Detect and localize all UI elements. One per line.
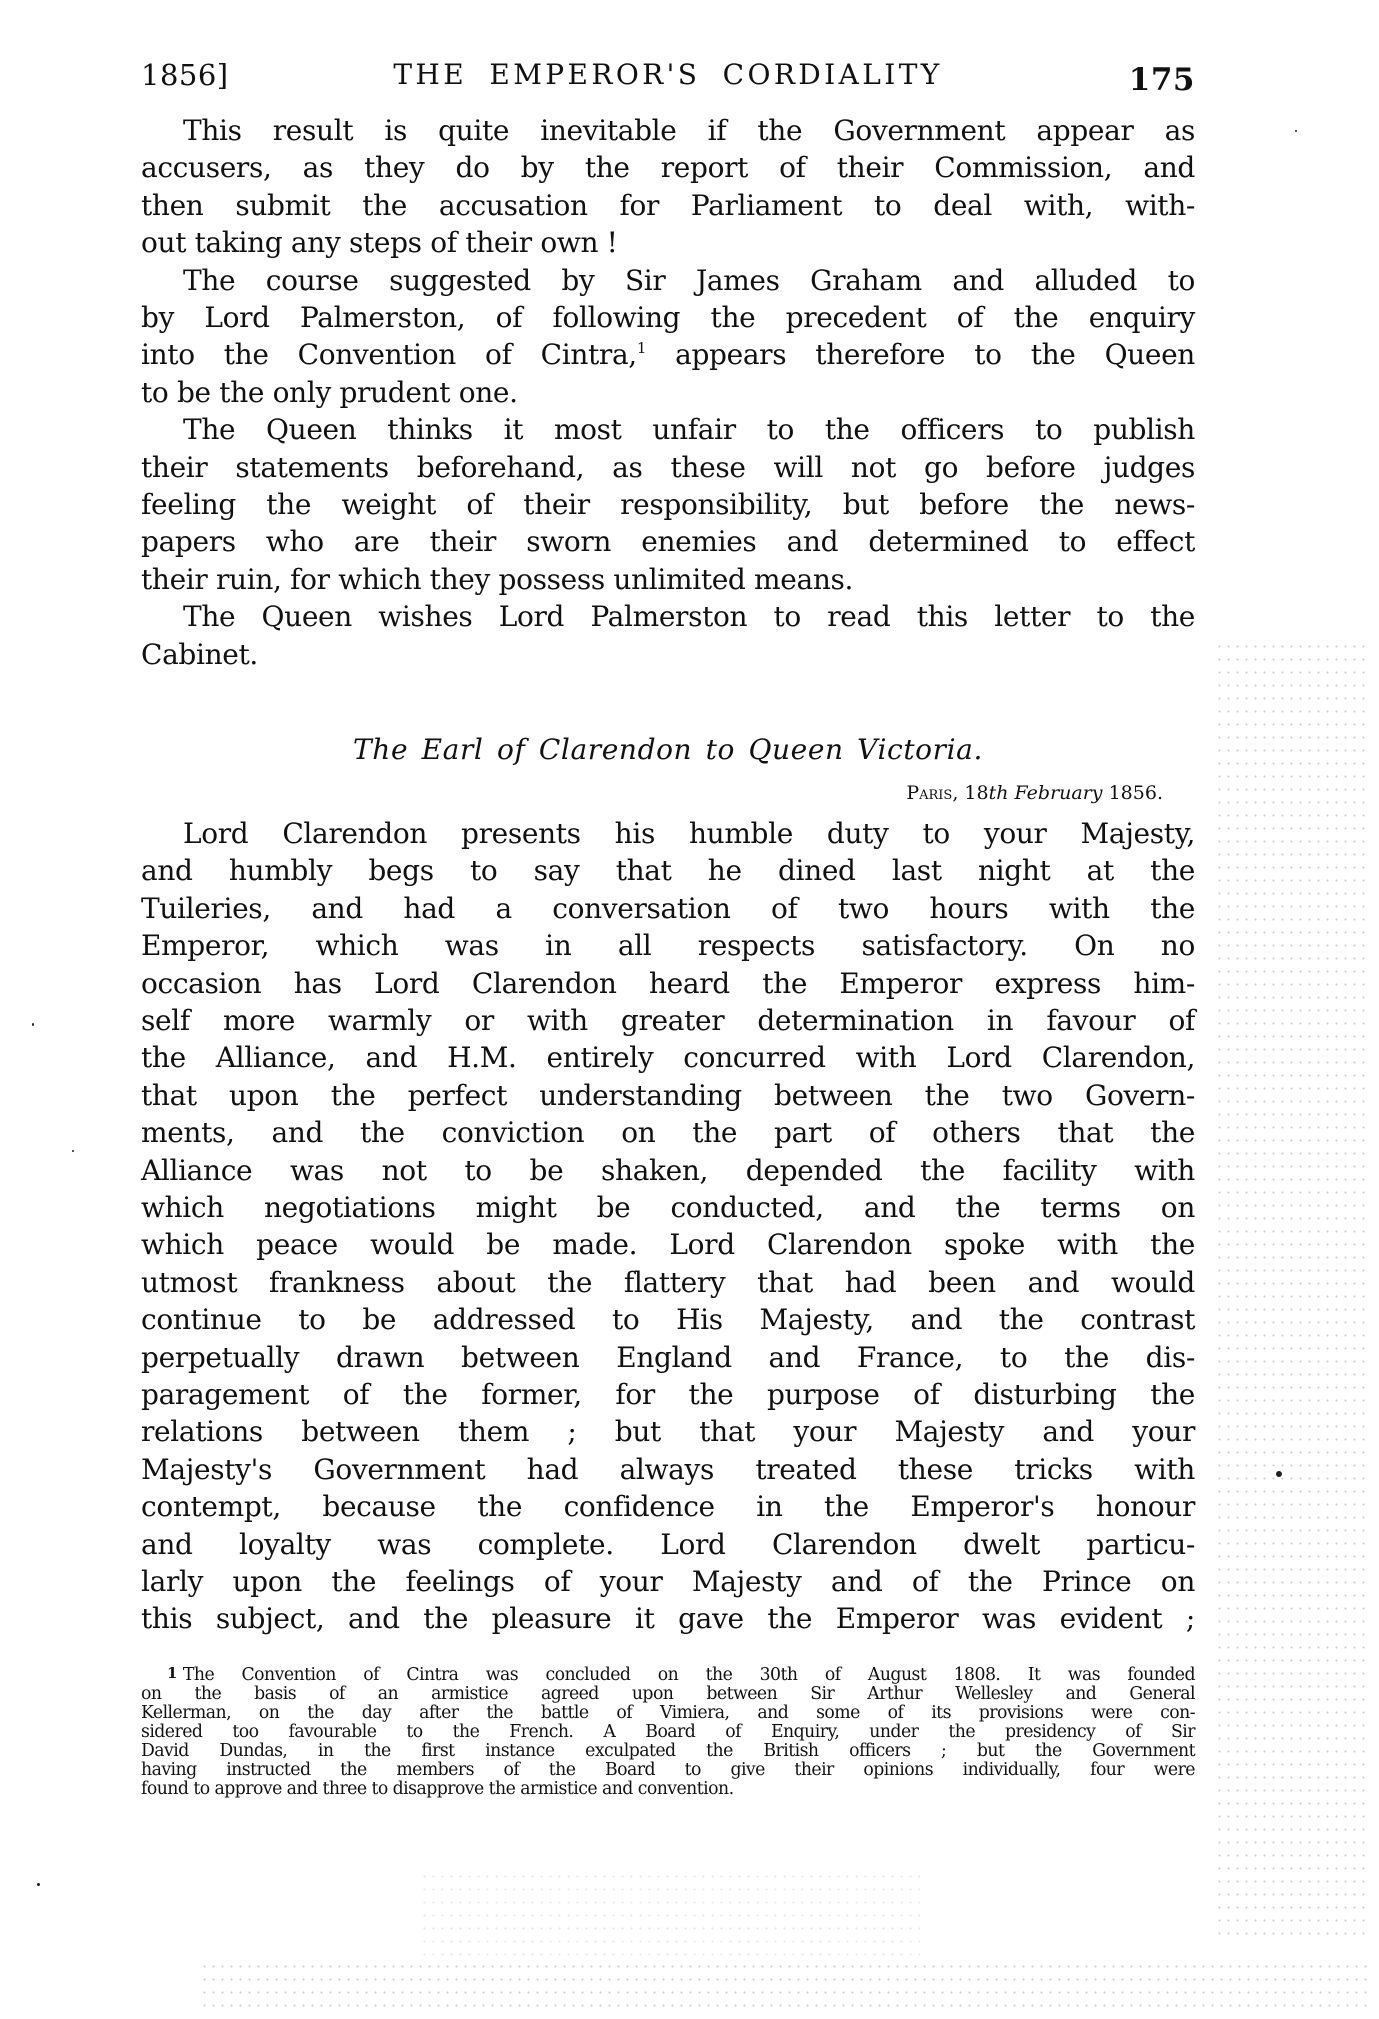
dateline-month: February: [1015, 782, 1103, 804]
scan-speck: [72, 1150, 74, 1152]
text-segment: appears therefore to the Queen: [646, 338, 1195, 371]
footnote-line: having instructed the members of the Boa…: [141, 1761, 1195, 1780]
text-line-with-footnote-ref: into the Convention of Cintra,1 appears …: [141, 336, 1195, 373]
text-line: contempt, because the confidence in the …: [141, 1488, 1195, 1525]
text-line: by Lord Palmerston, of following the pre…: [141, 299, 1195, 336]
text-line: Alliance was not to be shaken, depended …: [141, 1152, 1195, 1189]
dateline-year: 1856.: [1109, 782, 1163, 804]
text-line: perpetually drawn between England and Fr…: [141, 1339, 1195, 1376]
text-line: this subject, and the pleasure it gave t…: [141, 1600, 1195, 1637]
text-segment: into the Convention of Cintra,: [141, 338, 637, 371]
text-line: utmost frankness about the flattery that…: [141, 1264, 1195, 1301]
text-line: The Queen wishes Lord Palmerston to read…: [183, 598, 1195, 635]
text-line: Majesty's Government had always treated …: [141, 1451, 1195, 1488]
text-line: Cabinet.: [141, 636, 1195, 673]
scan-speck: [1295, 130, 1297, 132]
text-line: their ruin, for which they possess unlim…: [141, 561, 1195, 598]
footnote-reference[interactable]: 1: [637, 339, 646, 357]
text-line: accusers, as they do by the report of th…: [141, 149, 1195, 186]
footnote-line: Kellerman, on the day after the battle o…: [141, 1704, 1195, 1723]
header-title: THE EMPEROR'S CORDIALITY: [141, 58, 1195, 91]
text-line: papers who are their sworn enemies and d…: [141, 523, 1195, 560]
dateline-day-suffix: th: [989, 782, 1009, 804]
text-line: and loyalty was complete. Lord Clarendon…: [141, 1526, 1195, 1563]
text-line: ments, and the conviction on the part of…: [141, 1114, 1195, 1151]
scan-noise: [200, 1960, 1370, 2015]
scan-speck: [32, 1023, 34, 1026]
dateline-place: Paris,: [906, 782, 958, 804]
text-line: out taking any steps of their own !: [141, 224, 1195, 261]
footnote-line: David Dundas, in the first instance excu…: [141, 1742, 1195, 1761]
running-header: 1856] THE EMPEROR'S CORDIALITY 175: [141, 58, 1195, 98]
text-line: The course suggested by Sir James Graham…: [183, 262, 1195, 299]
text-line: Tuileries, and had a conversation of two…: [141, 890, 1195, 927]
text-line: continue to be addressed to His Majesty,…: [141, 1301, 1195, 1338]
footnote-text: The Convention of Cintra was concluded o…: [183, 1665, 1195, 1685]
text-line: larly upon the feelings of your Majesty …: [141, 1563, 1195, 1600]
text-line: then submit the accusation for Parliamen…: [141, 187, 1195, 224]
book-page: 1856] THE EMPEROR'S CORDIALITY 175 This …: [0, 0, 1379, 2019]
text-line: The Queen thinks it most unfair to the o…: [183, 411, 1195, 448]
text-line: their statements beforehand, as these wi…: [141, 449, 1195, 486]
letter-heading: The Earl of Clarendon to Queen Victoria.: [141, 733, 1195, 766]
footnote-line: 1The Convention of Cintra was concluded …: [167, 1666, 1195, 1685]
text-line: the Alliance, and H.M. entirely concurre…: [141, 1039, 1195, 1076]
dateline-day-number: 18: [964, 782, 988, 804]
text-line: which negotiations might be conducted, a…: [141, 1189, 1195, 1226]
text-line: feeling the weight of their responsibili…: [141, 486, 1195, 523]
text-line: Emperor, which was in all respects satis…: [141, 927, 1195, 964]
footnote-line: on the basis of an armistice agreed upon…: [141, 1685, 1195, 1704]
text-line: relations between them ; but that your M…: [141, 1413, 1195, 1450]
text-line: paragement of the former, for the purpos…: [141, 1376, 1195, 1413]
scan-speck: [37, 1883, 40, 1886]
letter-dateline: Paris, 18th February 1856.: [906, 782, 1163, 804]
text-line: which peace would be made. Lord Clarendo…: [141, 1226, 1195, 1263]
scan-noise: [420, 1870, 920, 1960]
scan-noise: [1215, 640, 1365, 1940]
dateline-day: 18th: [964, 782, 1008, 804]
text-line: and humbly begs to say that he dined las…: [141, 852, 1195, 889]
text-line: that upon the perfect understanding betw…: [141, 1077, 1195, 1114]
footnote-number: 1: [167, 1664, 177, 1682]
text-line: to be the only prudent one.: [141, 374, 1195, 411]
text-line: self more warmly or with greater determi…: [141, 1002, 1195, 1039]
footnote-line: sidered too favourable to the French. A …: [141, 1723, 1195, 1742]
text-line: Lord Clarendon presents his humble duty …: [183, 815, 1195, 852]
footnote-line: found to approve and three to disapprove…: [141, 1780, 1195, 1799]
page-number: 175: [1129, 62, 1195, 98]
text-line: This result is quite inevitable if the G…: [183, 112, 1195, 149]
text-line: occasion has Lord Clarendon heard the Em…: [141, 965, 1195, 1002]
